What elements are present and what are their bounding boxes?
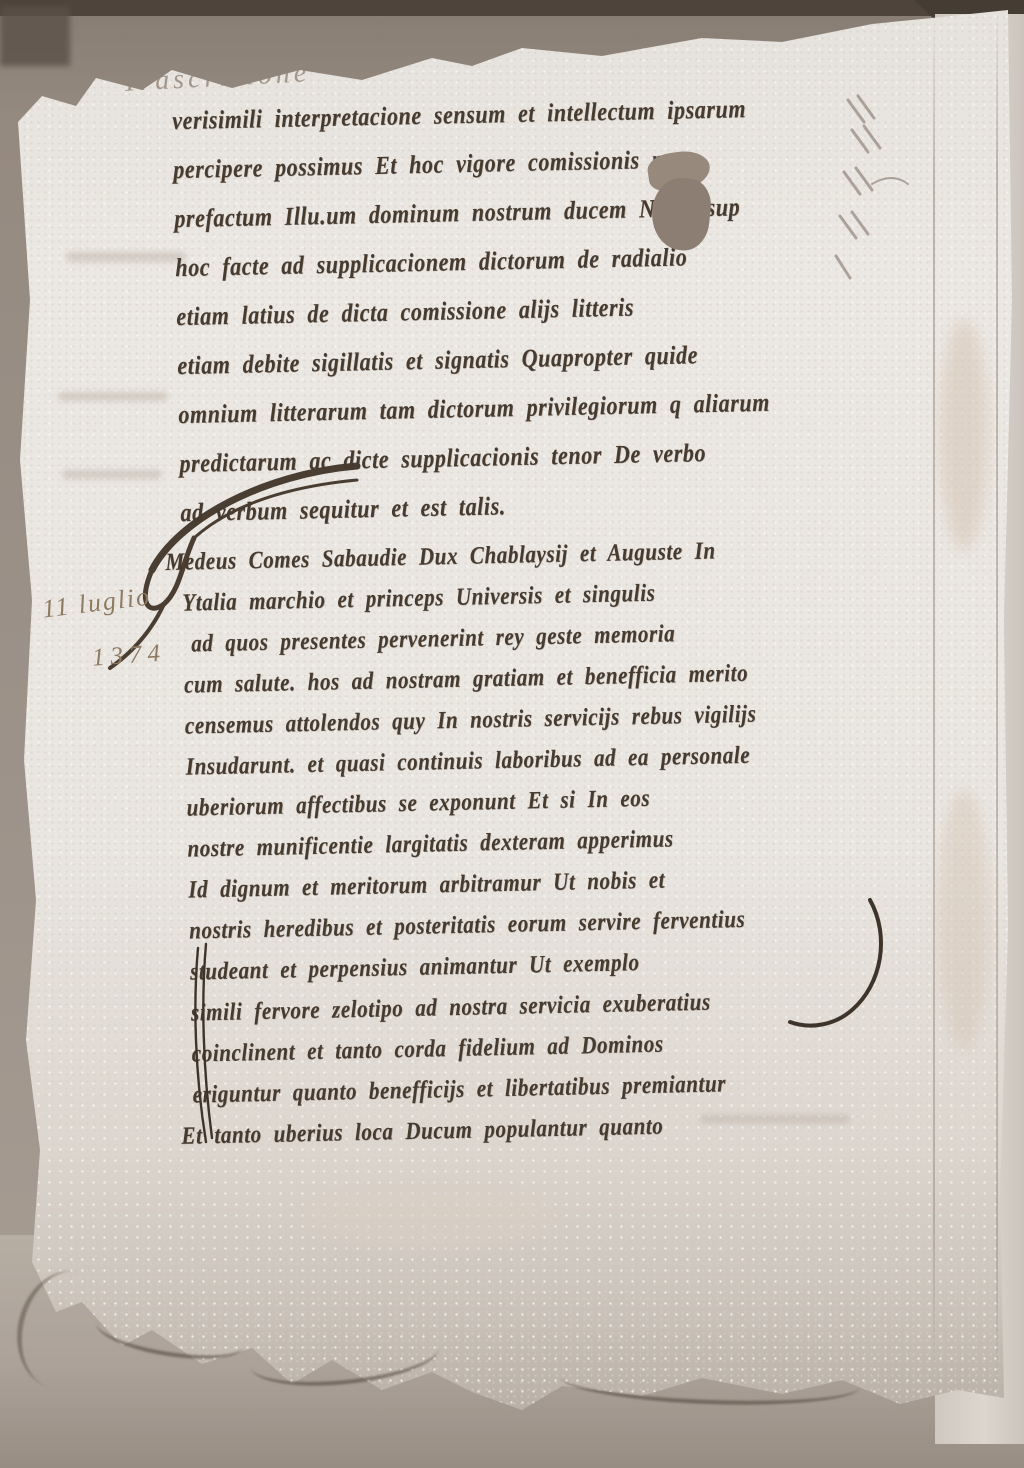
bleed-through-smudge bbox=[66, 252, 186, 262]
margin-year-note: 1374 bbox=[91, 639, 167, 672]
paper-stain bbox=[938, 790, 990, 1050]
backdrop-top-strip bbox=[0, 0, 1024, 16]
archivist-inscription: Trascrizione bbox=[121, 45, 542, 99]
manuscript-page: Trascrizione 11 luglio 1374 verisimili i… bbox=[0, 0, 1024, 1468]
paper-stain bbox=[300, 1180, 560, 1250]
flourish-curve-icon bbox=[778, 892, 888, 1042]
crease-line bbox=[933, 24, 935, 1384]
bleed-through-smudge bbox=[58, 392, 168, 401]
paper-stain bbox=[940, 320, 988, 550]
crease-line bbox=[996, 8, 998, 1403]
margin-bar-icon bbox=[190, 942, 216, 1147]
backdrop-patch bbox=[0, 6, 70, 66]
